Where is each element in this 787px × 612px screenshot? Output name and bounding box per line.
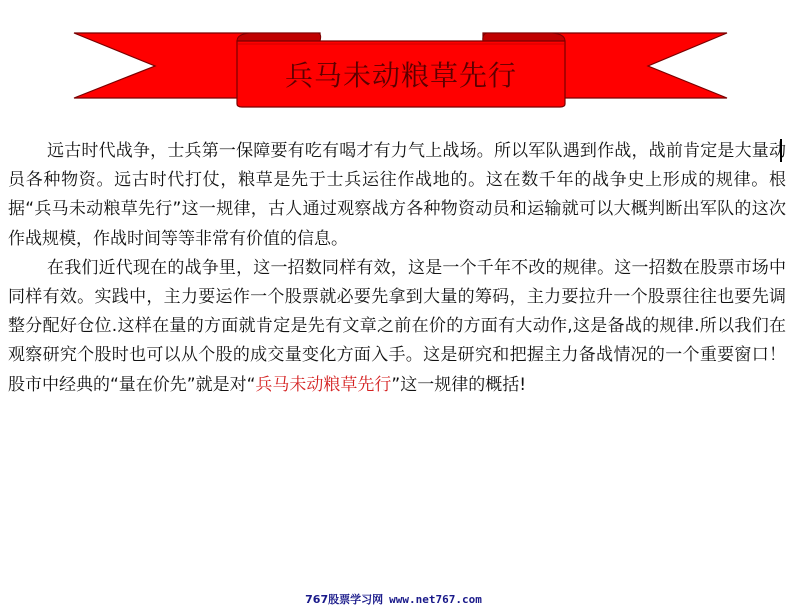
paragraph-2: 在我们近代现在的战争里，这一招数同样有效，这是一个千年不改的规律。这一招数在股票… (8, 254, 786, 400)
paragraph-2-tail: ”这一规律的概括! (391, 375, 526, 395)
footer-site-name: 767股票学习网 (305, 593, 383, 606)
text-cursor (780, 139, 782, 162)
article-body[interactable]: 远古时代战争，士兵第一保障要有吃有喝才有力气上战场。所以军队遇到作战，战前肯定是… (8, 137, 786, 400)
footer-url[interactable]: www.net767.com (389, 593, 482, 606)
banner-title: 兵马未动粮草先行 (237, 41, 565, 107)
title-banner: 兵马未动粮草先行 (0, 0, 787, 120)
paragraph-1: 远古时代战争，士兵第一保障要有吃有喝才有力气上战场。所以军队遇到作战，战前肯定是… (8, 137, 786, 254)
footer: 767股票学习网www.net767.com (0, 591, 787, 607)
highlighted-phrase: 兵马未动粮草先行 (255, 375, 391, 395)
